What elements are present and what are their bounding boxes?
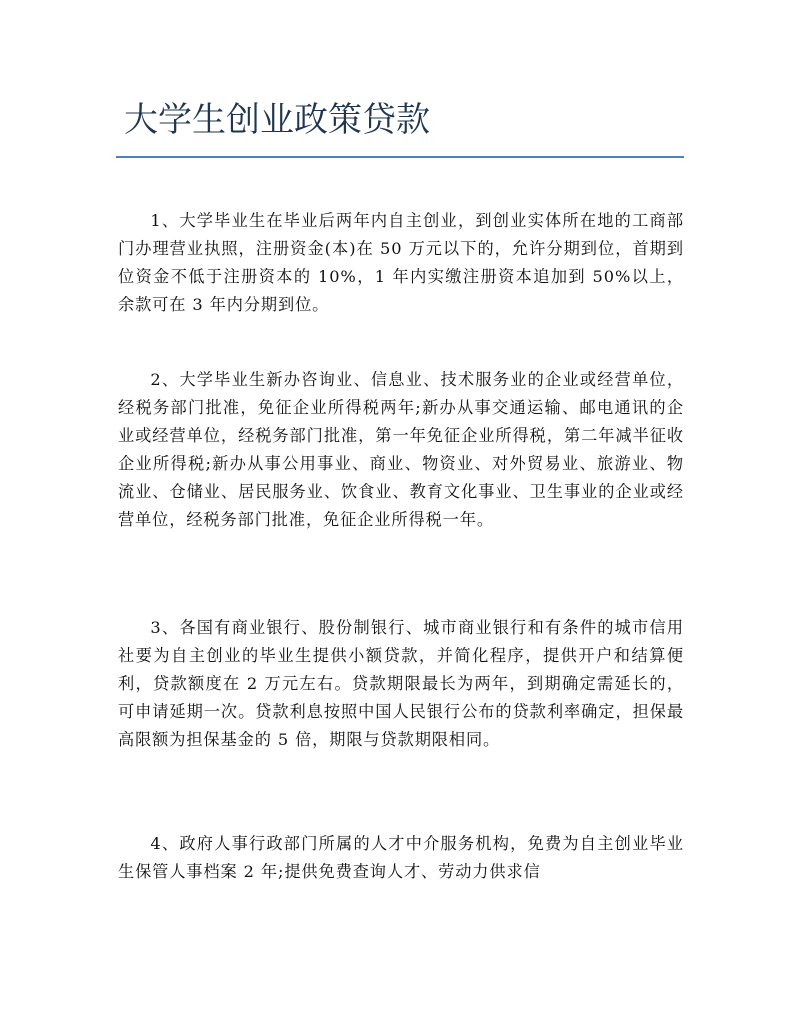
paragraph-4: 4、政府人事行政部门所属的人才中介服务机构，免费为自主创业毕业生保管人事档案 2… bbox=[118, 830, 684, 886]
document-page: 大学生创业政策贷款 1、大学毕业生在毕业后两年内自主创业，到创业实体所在地的工商… bbox=[0, 0, 800, 1036]
paragraph-3: 3、各国有商业银行、股份制银行、城市商业银行和有条件的城市信用社要为自主创业的毕… bbox=[118, 614, 684, 754]
title-divider bbox=[116, 156, 684, 158]
paragraph-2: 2、大学毕业生新办咨询业、信息业、技术服务业的企业或经营单位，经税务部门批准，免… bbox=[118, 366, 684, 534]
document-title: 大学生创业政策贷款 bbox=[124, 98, 430, 142]
paragraph-1: 1、大学毕业生在毕业后两年内自主创业，到创业实体所在地的工商部门办理营业执照，注… bbox=[118, 207, 684, 319]
